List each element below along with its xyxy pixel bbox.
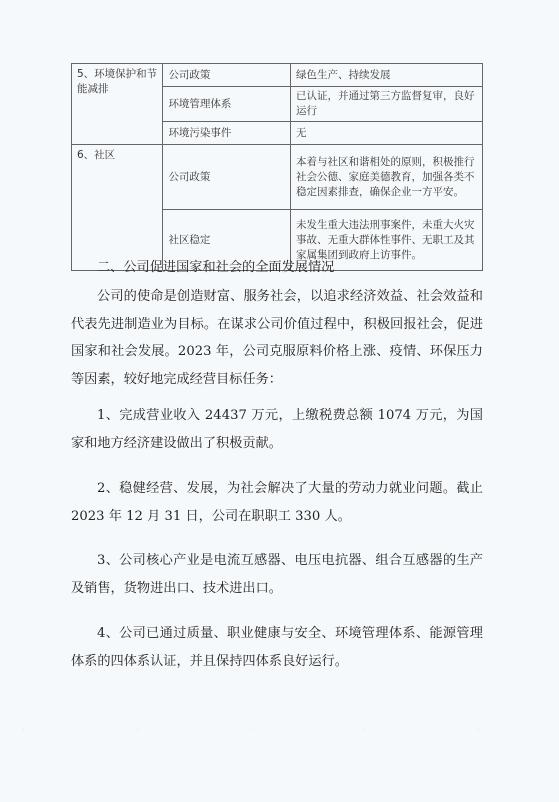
- scan-mark: ·: [364, 727, 366, 733]
- value-cell: 本着与社区和谐相处的原则，积极推行社会公德、家庭美德教育，加强各类不稳定因素排查…: [291, 145, 483, 210]
- item-cell: 环境污染事件: [163, 122, 291, 145]
- document-page: 5、环境保护和节能减排 公司政策 绿色生产、持续发展 环境管理体系 已认证，并通…: [0, 0, 559, 802]
- list-item: 2、稳健经营、发展，为社会解决了大量的劳动力就业问题。截止 2023 年 12 …: [71, 475, 483, 530]
- scan-mark: ·: [23, 727, 25, 733]
- list-item: 1、完成营业收入 24437 万元，上缴税费总额 1074 万元，为国家和地方经…: [71, 402, 483, 457]
- mission-paragraph: 公司的使命是创造财富、服务社会，以追求经济效益、社会效益和代表先进制造业为目标。…: [71, 283, 483, 393]
- value-cell: 绿色生产、持续发展: [291, 64, 483, 87]
- category-cell-community: 6、社区: [72, 145, 163, 271]
- table-row: 6、社区 公司政策 本着与社区和谐相处的原则，积极推行社会公德、家庭美德教育，加…: [72, 145, 483, 210]
- scan-mark: ·: [478, 727, 480, 733]
- category-cell-environment: 5、环境保护和节能减排: [72, 64, 163, 145]
- scan-mark: ·: [137, 727, 139, 733]
- table-row: 5、环境保护和节能减排 公司政策 绿色生产、持续发展: [72, 64, 483, 87]
- item-cell: 公司政策: [163, 145, 291, 210]
- value-cell: 已认证，并通过第三方监督复审，良好运行: [291, 87, 483, 122]
- section-heading: 二、公司促进国家和社会的全面发展情况: [97, 256, 509, 275]
- item-cell: 环境管理体系: [163, 87, 291, 122]
- csr-table: 5、环境保护和节能减排 公司政策 绿色生产、持续发展 环境管理体系 已认证，并通…: [71, 63, 483, 271]
- value-cell: 无: [291, 122, 483, 145]
- list-item: 4、公司已通过质量、职业健康与安全、环境管理体系、能源管理体系的四体系认证，并且…: [71, 620, 483, 675]
- list-item: 3、公司核心产业是电流互感器、电压电抗器、组合互感器的生产及销售，货物进出口、技…: [71, 547, 483, 602]
- item-cell: 公司政策: [163, 64, 291, 87]
- scan-mark: ·: [250, 727, 252, 733]
